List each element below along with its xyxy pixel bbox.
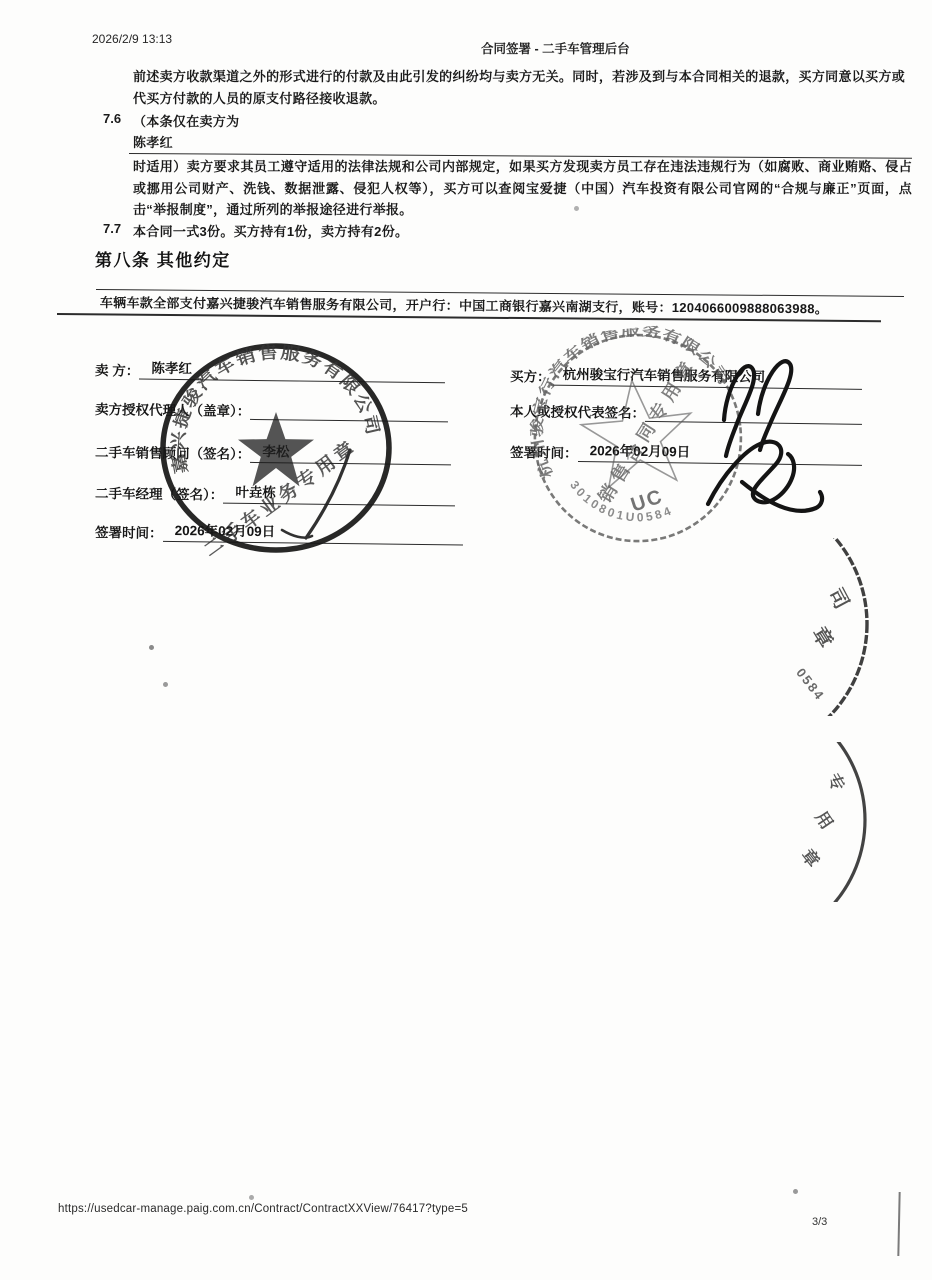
scanned-contract-page: 2026/2/9 13:13 合同签署 - 二手车管理后台 前述卖方收款渠道之外…	[0, 0, 932, 1280]
edge-seal-glyph: 章	[807, 622, 838, 652]
clause-7-7-body: 本合同一式3份。买方持有1份，卖方持有2份。	[133, 221, 633, 243]
buyer-sign-date-row: 签署时间： 2026年02月09日	[510, 438, 862, 466]
buyer-sign-date-label: 签署时间：	[510, 441, 578, 462]
edge-seal-partial-top: 司 章 0584	[787, 538, 932, 716]
clause-7-6-lead: （本条仅在卖方为	[133, 111, 239, 133]
buyer-representative-label: 本人或授权代表签名：	[510, 400, 645, 422]
clause-7-6-party-name: 陈孝红	[133, 132, 173, 154]
buyer-name-row: 买方： 杭州骏宝行汽车销售服务有限公司	[510, 362, 862, 390]
seller-sign-date-value: 2026年02月09日	[175, 523, 276, 539]
print-timestamp: 2026/2/9 13:13	[92, 32, 172, 46]
sales-consultant-row: 二手车销售顾问（签名）： 李松	[95, 438, 451, 465]
seal-star-icon	[577, 375, 697, 490]
seller-agent-row: 卖方授权代理人（盖章）：	[95, 398, 448, 422]
document-header-title: 合同签署 - 二手车管理后台	[481, 39, 630, 57]
clause-7-7-number: 7.7	[103, 221, 121, 236]
seller-sign-date-label: 签署时间：	[95, 521, 163, 542]
buyer-representative-row: 本人或授权代表签名：	[510, 400, 862, 425]
scan-noise-specks	[0, 0, 3, 3]
seller-name-value: 陈孝红	[151, 361, 192, 376]
buyer-seal-code: UC	[628, 485, 666, 516]
clause-7-6-number: 7.6	[103, 111, 121, 126]
clause-intro-paragraph: 前述卖方收款渠道之外的形式进行的付款及由此引发的纠纷均与卖方无关。同时，若涉及到…	[133, 66, 905, 109]
edge-seal-partial-bottom: 专 用 章	[793, 742, 932, 902]
sales-consultant-signature: 李松	[262, 444, 289, 459]
seller-agent-label: 卖方授权代理人（盖章）：	[95, 398, 250, 420]
svg-text:3010801U0584: 3010801U0584	[566, 469, 676, 532]
buyer-seal-serial: 3010801U0584	[566, 469, 676, 532]
edge-seal-glyph: 用	[811, 808, 836, 833]
usedcar-manager-label: 二手车经理（签名）：	[95, 482, 223, 504]
edge-seal-glyph: 章	[797, 845, 823, 871]
edge-seal-glyph: 专	[823, 770, 849, 795]
scan-artifact-streak	[897, 1192, 900, 1256]
usedcar-manager-row: 二手车经理（签名）： 叶垚栋	[95, 479, 455, 506]
section-8-heading: 第八条 其他约定	[95, 246, 231, 271]
seller-sign-date-row: 签署时间： 2026年02月09日	[95, 518, 463, 545]
buyer-label: 买方：	[510, 365, 551, 386]
source-url: https://usedcar-manage.paig.com.cn/Contr…	[58, 1203, 468, 1215]
buyer-sign-date-value: 2026年02月09日	[590, 443, 691, 459]
clause-7-6-body: 时适用）卖方要求其员工遵守适用的法律法规和公司内部规定，如果买方发现卖方员工存在…	[133, 156, 912, 221]
edge-seal-glyph: 司	[824, 584, 854, 612]
seller-label: 卖 方：	[95, 359, 140, 380]
usedcar-manager-signature: 叶垚栋	[235, 485, 276, 500]
buyer-name-value: 杭州骏宝行汽车销售服务有限公司	[563, 367, 766, 385]
page-number: 3/3	[812, 1216, 827, 1228]
sales-consultant-label: 二手车销售顾问（签名）：	[95, 441, 250, 463]
seller-name-row: 卖 方： 陈孝红	[95, 356, 445, 383]
edge-seal-serial-fragment: 0584	[793, 665, 828, 703]
